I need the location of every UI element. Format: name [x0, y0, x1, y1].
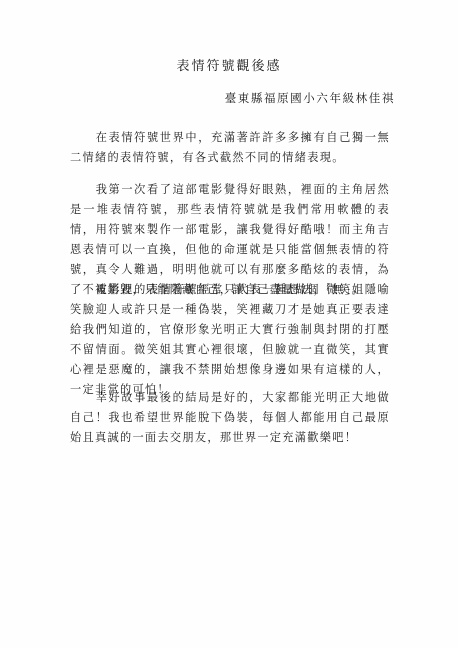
document-title: 表情符號觀後感	[0, 55, 458, 74]
paragraph-3: 電影裡的表情符號經常只代表一種想法，微笑姐隱喻笑臉迎人或許只是一種偽裝，笑裡藏刀…	[70, 280, 390, 400]
author-line: 臺東縣福原國小六年級林佳祺	[225, 90, 395, 106]
document-page: 表情符號觀後感 臺東縣福原國小六年級林佳祺 在表情符號世界中，充滿著許許多多擁有…	[0, 0, 458, 648]
paragraph-4: 幸好故事最後的結局是好的，大家都能光明正大地做自己！我也希望世界能脫下偽裝，每個…	[70, 388, 390, 448]
paragraph-1: 在表情符號世界中，充滿著許許多多擁有自己獨一無二情緒的表情符號，有各式截然不同的…	[70, 128, 390, 168]
